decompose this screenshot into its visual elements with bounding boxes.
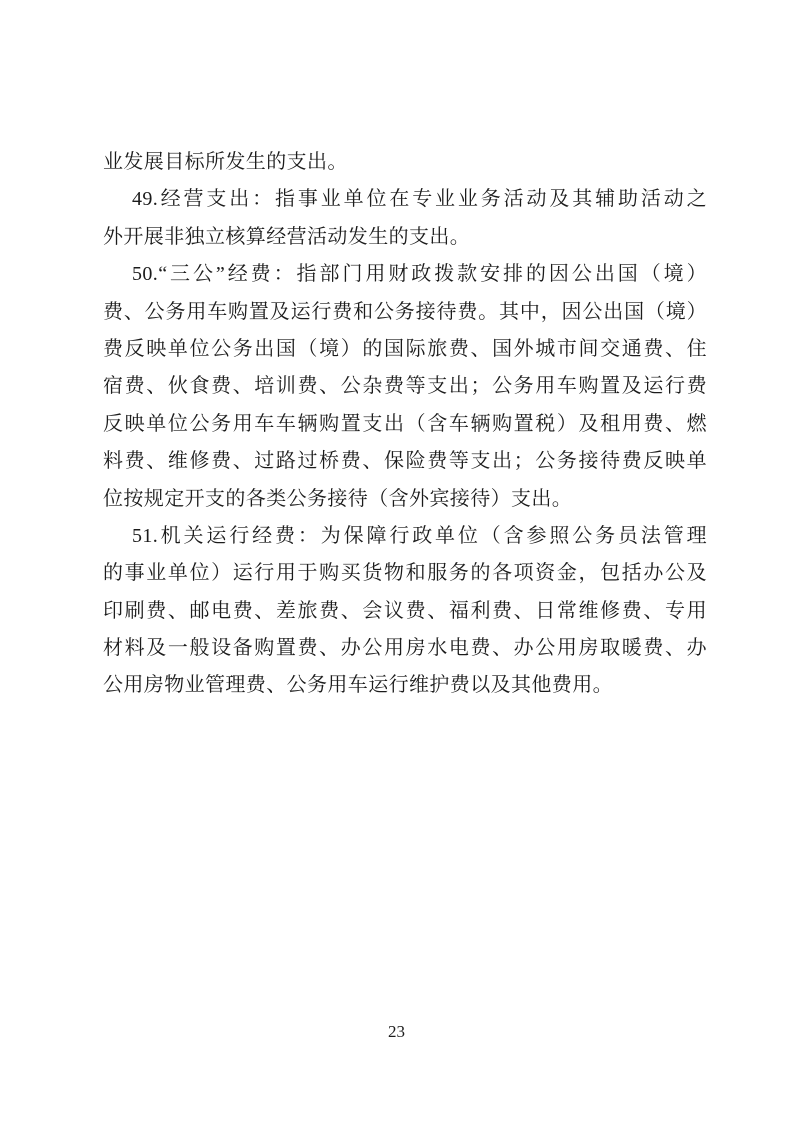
- text-block: 业发展目标所发生的支出。 49.经营支出：指事业单位在专业业务活动及其辅助活动之…: [103, 144, 707, 705]
- text-line: 外开展非独立核算经营活动发生的支出。: [103, 219, 707, 256]
- text-line: 印刷费、邮电费、差旅费、会议费、福利费、日常维修费、专用: [103, 593, 707, 630]
- page-number: 23: [0, 1021, 793, 1043]
- text-line: 反映单位公务用车车辆购置支出（含车辆购置税）及租用费、燃: [103, 406, 707, 443]
- text-line: 费、公务用车购置及运行费和公务接待费。其中，因公出国（境）: [103, 294, 707, 331]
- text-line: 51.机关运行经费：为保障行政单位（含参照公务员法管理: [103, 518, 707, 555]
- text-line: 料费、维修费、过路过桥费、保险费等支出；公务接待费反映单: [103, 443, 707, 480]
- text-line: 的事业单位）运行用于购买货物和服务的各项资金，包括办公及: [103, 555, 707, 592]
- text-line: 宿费、伙食费、培训费、公杂费等支出；公务用车购置及运行费: [103, 368, 707, 405]
- text-line: 材料及一般设备购置费、办公用房水电费、办公用房取暖费、办: [103, 630, 707, 667]
- text-line: 50.“三公”经费：指部门用财政拨款安排的因公出国（境）: [103, 256, 707, 293]
- text-line: 位按规定开支的各类公务接待（含外宾接待）支出。: [103, 481, 707, 518]
- document-page: 业发展目标所发生的支出。 49.经营支出：指事业单位在专业业务活动及其辅助活动之…: [0, 0, 793, 1122]
- text-line: 业发展目标所发生的支出。: [103, 144, 707, 181]
- text-line: 公用房物业管理费、公务用车运行维护费以及其他费用。: [103, 667, 707, 704]
- text-line: 49.经营支出：指事业单位在专业业务活动及其辅助活动之: [103, 181, 707, 218]
- text-line: 费反映单位公务出国（境）的国际旅费、国外城市间交通费、住: [103, 331, 707, 368]
